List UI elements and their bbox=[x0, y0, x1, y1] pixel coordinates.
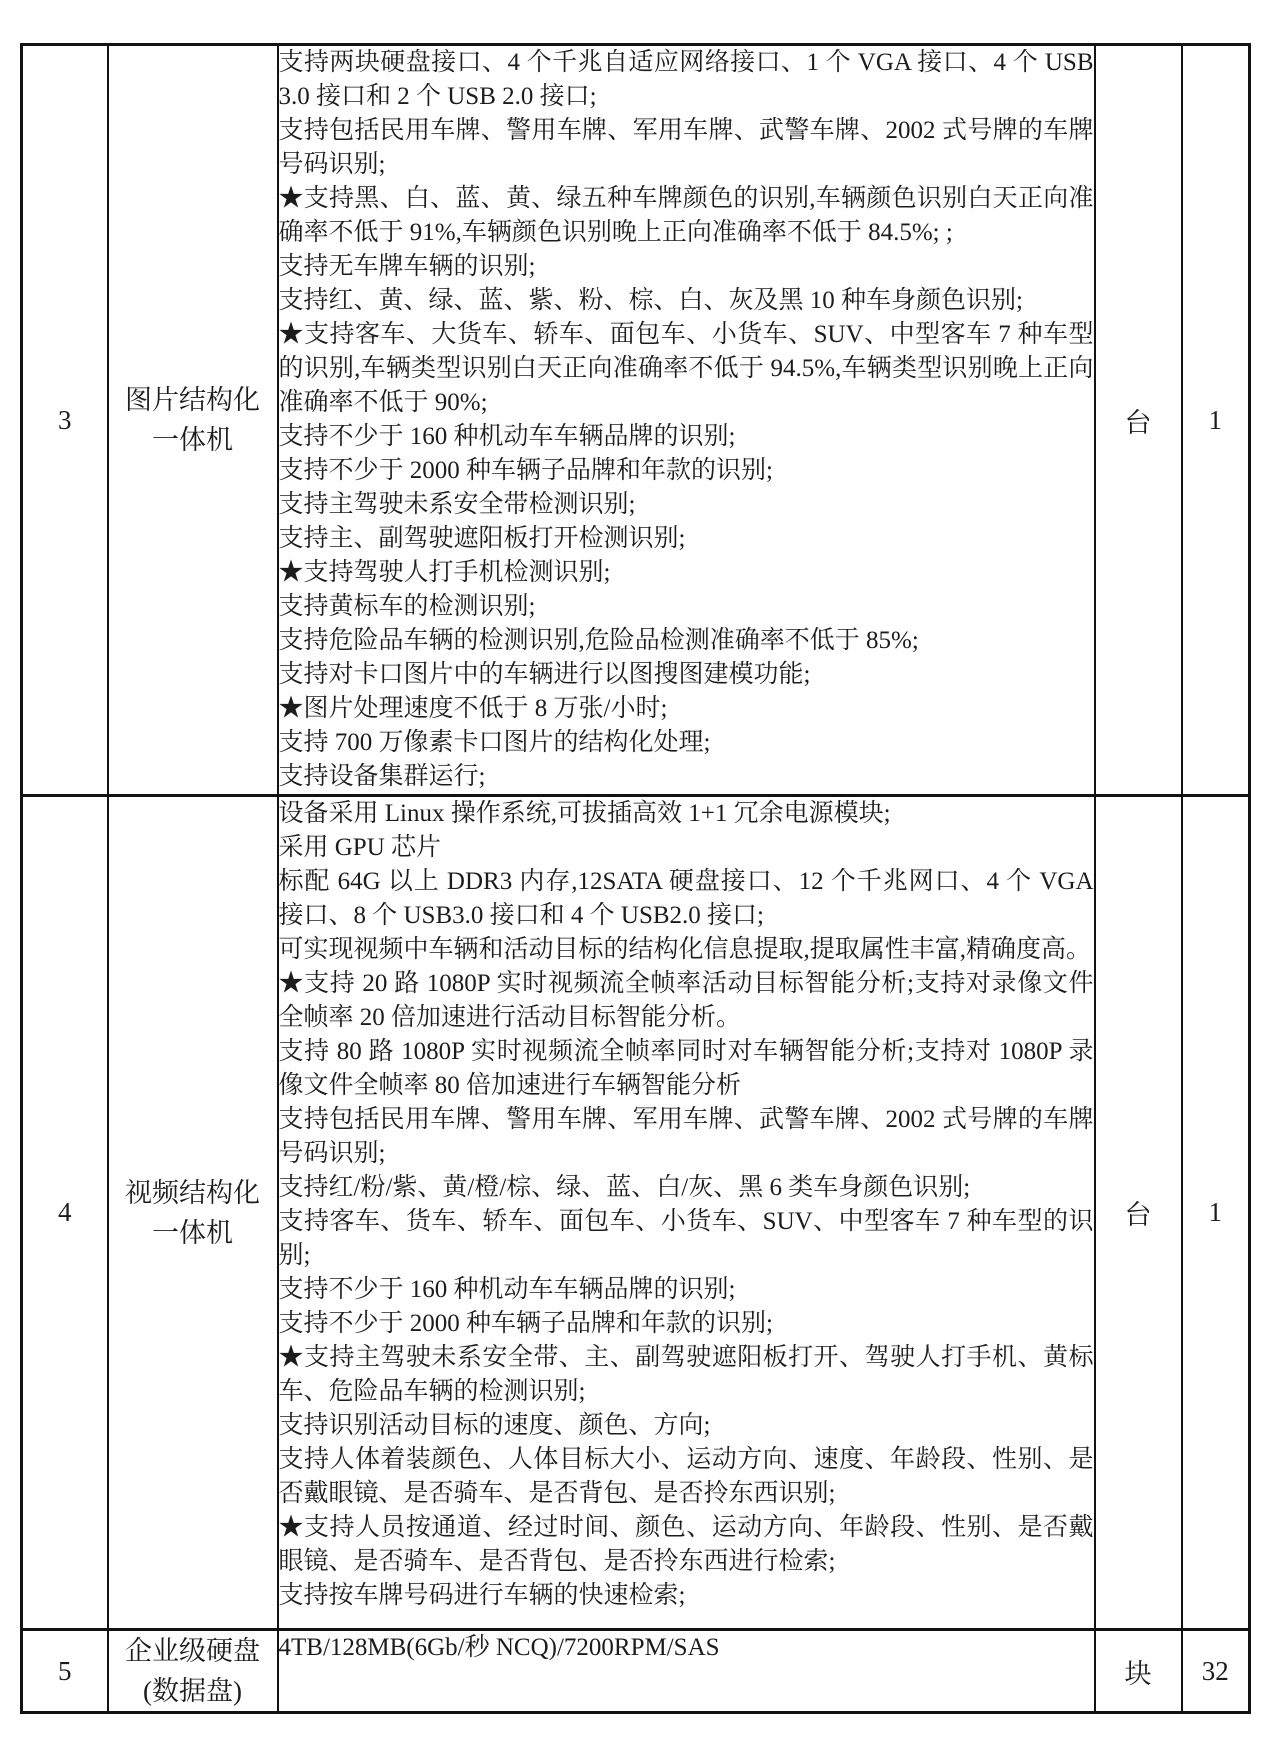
unit-cell: 台 bbox=[1095, 796, 1182, 1630]
spec-item: 支持设备集群运行; bbox=[279, 760, 1094, 794]
item-name-line: 一体机 bbox=[109, 420, 277, 460]
row-number-cell: 4 bbox=[22, 796, 108, 1630]
unit-cell: 块 bbox=[1095, 1630, 1182, 1713]
table-row: 4 视频结构化一体机 设备采用 Linux 操作系统,可拔插高效 1+1 冗余电… bbox=[22, 796, 1250, 1630]
document-page: 3 图片结构化一体机 支持两块硬盘接口、4 个千兆自适应网络接口、1 个 VGA… bbox=[0, 0, 1280, 1749]
spec-item: 支持黄标车的检测识别; bbox=[279, 590, 1094, 624]
spec-item: 支持不少于 160 种机动车车辆品牌的识别; bbox=[279, 1273, 1094, 1307]
spec-item: 支持不少于 2000 种车辆子品牌和年款的识别; bbox=[279, 454, 1094, 488]
spec-item: 支持 80 路 1080P 实时视频流全帧率同时对车辆智能分析;支持对 1080… bbox=[279, 1035, 1094, 1103]
spec-item: 支持红/粉/紫、黄/橙/棕、绿、蓝、白/灰、黑 6 类车身颜色识别; bbox=[279, 1171, 1094, 1205]
item-name-line: 图片结构化 bbox=[109, 380, 277, 420]
spec-item: 支持主、副驾驶遮阳板打开检测识别; bbox=[279, 522, 1094, 556]
quantity-cell: 32 bbox=[1182, 1630, 1250, 1713]
spec-item: 支持客车、货车、轿车、面包车、小货车、SUV、中型客车 7 种车型的识别; bbox=[279, 1205, 1094, 1273]
specifications-cell: 设备采用 Linux 操作系统,可拔插高效 1+1 冗余电源模块;采用 GPU … bbox=[278, 796, 1095, 1630]
unit-cell: 台 bbox=[1095, 45, 1182, 796]
item-name-cell: 视频结构化一体机 bbox=[108, 796, 278, 1630]
spec-item: ★支持主驾驶未系安全带、主、副驾驶遮阳板打开、驾驶人打手机、黄标车、危险品车辆的… bbox=[279, 1341, 1094, 1409]
item-name-line: 企业级硬盘 bbox=[109, 1631, 277, 1671]
spec-item: 支持按车牌号码进行车辆的快速检索; bbox=[279, 1579, 1094, 1613]
table-row: 5 企业级硬盘(数据盘) 4TB/128MB(6Gb/秒 NCQ)/7200RP… bbox=[22, 1630, 1250, 1713]
item-name-cell: 图片结构化一体机 bbox=[108, 45, 278, 796]
spec-item: 采用 GPU 芯片 bbox=[279, 831, 1094, 865]
spec-item: 支持人体着装颜色、人体目标大小、运动方向、速度、年龄段、性别、是否戴眼镜、是否骑… bbox=[279, 1443, 1094, 1511]
specifications-cell: 4TB/128MB(6Gb/秒 NCQ)/7200RPM/SAS bbox=[278, 1630, 1095, 1713]
specifications-cell: 支持两块硬盘接口、4 个千兆自适应网络接口、1 个 VGA 接口、4 个 USB… bbox=[278, 45, 1095, 796]
spec-item: 支持不少于 2000 种车辆子品牌和年款的识别; bbox=[279, 1307, 1094, 1341]
spec-item: 支持无车牌车辆的识别; bbox=[279, 250, 1094, 284]
spec-item: ★支持黑、白、蓝、黄、绿五种车牌颜色的识别,车辆颜色识别白天正向准确率不低于 9… bbox=[279, 182, 1094, 250]
spec-item: 支持不少于 160 种机动车车辆品牌的识别; bbox=[279, 420, 1094, 454]
spec-item: 支持红、黄、绿、蓝、紫、粉、棕、白、灰及黑 10 种车身颜色识别; bbox=[279, 284, 1094, 318]
spec-item: 支持对卡口图片中的车辆进行以图搜图建模功能; bbox=[279, 658, 1094, 692]
item-name-line: 一体机 bbox=[109, 1213, 277, 1253]
spec-item: ★支持驾驶人打手机检测识别; bbox=[279, 556, 1094, 590]
spec-item: ★支持 20 路 1080P 实时视频流全帧率活动目标智能分析;支持对录像文件全… bbox=[279, 967, 1094, 1035]
spec-item: 支持两块硬盘接口、4 个千兆自适应网络接口、1 个 VGA 接口、4 个 USB… bbox=[279, 46, 1094, 114]
item-name-line: 视频结构化 bbox=[109, 1173, 277, 1213]
spec-item: 设备采用 Linux 操作系统,可拔插高效 1+1 冗余电源模块; bbox=[279, 797, 1094, 831]
spec-item: 支持主驾驶未系安全带检测识别; bbox=[279, 488, 1094, 522]
equipment-spec-table: 3 图片结构化一体机 支持两块硬盘接口、4 个千兆自适应网络接口、1 个 VGA… bbox=[20, 43, 1251, 1714]
spec-item: 支持包括民用车牌、警用车牌、军用车牌、武警车牌、2002 式号牌的车牌号码识别; bbox=[279, 1103, 1094, 1171]
row-number-cell: 5 bbox=[22, 1630, 108, 1713]
item-name-cell: 企业级硬盘(数据盘) bbox=[108, 1630, 278, 1713]
quantity-cell: 1 bbox=[1182, 45, 1250, 796]
spec-item: 4TB/128MB(6Gb/秒 NCQ)/7200RPM/SAS bbox=[279, 1631, 1094, 1665]
spec-item: 支持危险品车辆的检测识别,危险品检测准确率不低于 85%; bbox=[279, 624, 1094, 658]
spec-item: 可实现视频中车辆和活动目标的结构化信息提取,提取属性丰富,精确度高。 bbox=[279, 933, 1094, 967]
quantity-cell: 1 bbox=[1182, 796, 1250, 1630]
spec-item: ★图片处理速度不低于 8 万张/小时; bbox=[279, 692, 1094, 726]
spec-item: ★支持人员按通道、经过时间、颜色、运动方向、年龄段、性别、是否戴眼镜、是否骑车、… bbox=[279, 1511, 1094, 1579]
spec-item: 支持 700 万像素卡口图片的结构化处理; bbox=[279, 726, 1094, 760]
spec-item: 支持包括民用车牌、警用车牌、军用车牌、武警车牌、2002 式号牌的车牌号码识别; bbox=[279, 114, 1094, 182]
spec-item: 支持识别活动目标的速度、颜色、方向; bbox=[279, 1409, 1094, 1443]
row-number-cell: 3 bbox=[22, 45, 108, 796]
spec-item: 标配 64G 以上 DDR3 内存,12SATA 硬盘接口、12 个千兆网口、4… bbox=[279, 865, 1094, 933]
table-row: 3 图片结构化一体机 支持两块硬盘接口、4 个千兆自适应网络接口、1 个 VGA… bbox=[22, 45, 1250, 796]
item-name-line: (数据盘) bbox=[109, 1671, 277, 1711]
spec-table-body: 3 图片结构化一体机 支持两块硬盘接口、4 个千兆自适应网络接口、1 个 VGA… bbox=[22, 45, 1250, 1713]
spec-item: ★支持客车、大货车、轿车、面包车、小货车、SUV、中型客车 7 种车型的识别,车… bbox=[279, 318, 1094, 420]
